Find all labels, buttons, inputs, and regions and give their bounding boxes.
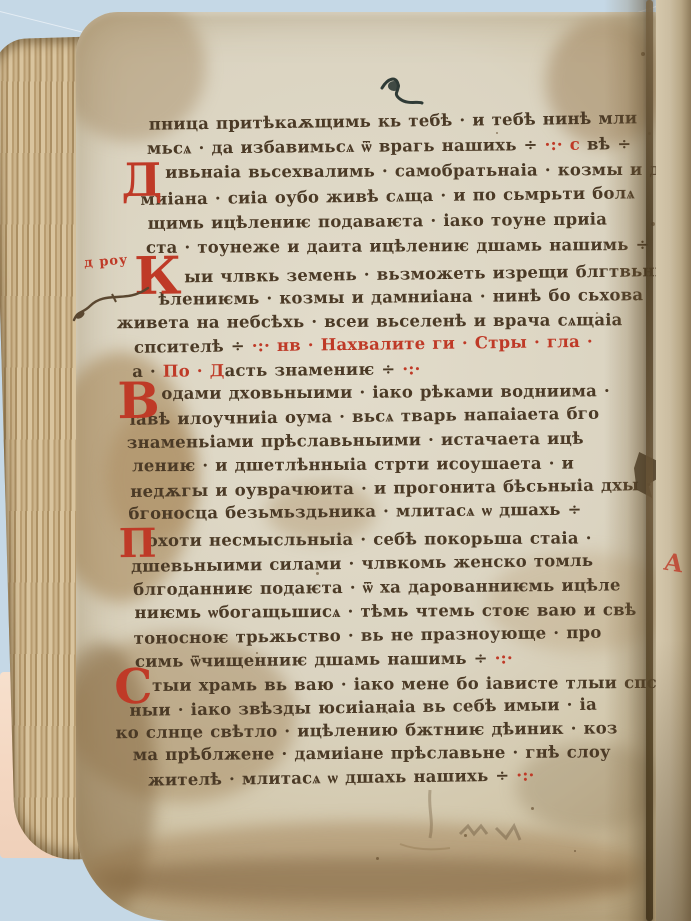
facing-page-rubric: А bbox=[662, 547, 686, 579]
manuscript-line: миіана · сиіа оубо живѣ сѧща · и по сьмр… bbox=[140, 183, 635, 209]
manuscript-line: пница притѣкаѫщимь кь тебѣ · и тебѣ нинѣ… bbox=[149, 108, 638, 133]
facing-page-sliver: А bbox=[656, 0, 691, 921]
pen-flourish bbox=[72, 282, 156, 328]
faint-scribble bbox=[400, 780, 560, 870]
manuscript-photo: д роу пница притѣкаѫщимь кь тебѣ · и теб… bbox=[0, 0, 691, 921]
manuscript-line: живета на небсѣхь · всеи вьселенѣ и врач… bbox=[117, 310, 623, 333]
margin-rubric: д роу bbox=[84, 253, 129, 271]
manuscript-line: ивьнаіа вьсехвалимь · самобратьнаіа · ко… bbox=[165, 160, 671, 182]
manuscript-line: дшевьныими силами · члвкомь женско томль bbox=[131, 551, 593, 576]
manuscript-line: ко слнце свѣтло · ицѣлению бжтниѥ дѣиник… bbox=[116, 718, 618, 742]
manuscript-line: мьсѧ · да избавимьсѧ ѿ врагь нашихь ÷ ·:… bbox=[147, 134, 632, 159]
illuminated-initial: Д bbox=[121, 160, 162, 202]
illuminated-initial: С bbox=[114, 666, 153, 710]
ink-blot bbox=[378, 76, 424, 110]
manuscript-line: блгоданниѥ подаѥта · ѿ ха дарованниѥмь и… bbox=[133, 575, 621, 600]
binding-crease bbox=[646, 0, 653, 921]
manuscript-line: лениѥ · и дшетлѣнныіа стрти исоушаета · … bbox=[132, 454, 574, 476]
manuscript-line: ыи члвкь земень · вьзможеть изрещи блгтв… bbox=[184, 261, 680, 286]
illuminated-initial: В bbox=[117, 378, 160, 423]
manuscript-line: іавѣ илоучниіа оума · вьсѧ тварь напаіае… bbox=[129, 404, 599, 430]
manuscript-line: симь ѿчищенниѥ дшамь нашимь ÷ ·:· bbox=[135, 648, 513, 672]
manuscript-line: тоносноѥ трьжьство · вь не празноующе · … bbox=[134, 623, 602, 648]
manuscript-line: недѫгы и оуврачюита · и прогонита бѣсьны… bbox=[130, 475, 652, 501]
manuscript-line: охоти несмысльныіа · себѣ покорьша стаіа… bbox=[147, 528, 592, 550]
manuscript-line: ныи · іако звѣзды юсиіанаіа вь себѣ имыи… bbox=[129, 695, 597, 720]
manuscript-line: ста · тоунеже и даита ицѣлениѥ дшамь наш… bbox=[146, 235, 650, 257]
manuscript-line: щимь ицѣлениѥ подаваѥта · іако тоуне при… bbox=[148, 209, 608, 232]
manuscript-line: спсителѣ ÷ ·:· нв · Нахвалите ги · Стры … bbox=[134, 332, 593, 357]
illuminated-initial: П bbox=[119, 526, 157, 562]
manuscript-line: тыи храмь вь ваю · іако мене бо іависте … bbox=[152, 673, 668, 695]
facing-page-shade bbox=[656, 640, 691, 921]
manuscript-line: ѣлениѥмь · козмы и дамниіана · нинѣ бо с… bbox=[158, 285, 643, 309]
manuscript-line: ниѥмь ѡбогащьшисѧ · тѣмь чтемь стоѥ ваю … bbox=[134, 600, 636, 623]
manuscript-line: а · По · Дасть знамениѥ ÷ ·:· bbox=[132, 359, 421, 381]
manuscript-line: одами дховьныими · іако рѣками водниима … bbox=[161, 381, 610, 403]
manuscript-line: знаменьіами прѣславьныими · истачаета иц… bbox=[127, 429, 584, 452]
manuscript-line: бгоносца безьмьздьника · млитасѧ ѡ дшахь… bbox=[128, 500, 581, 524]
manuscript-line: ма прѣблжене · дамиіане прѣславьне · гнѣ… bbox=[133, 742, 611, 764]
text-block: д роу пница притѣкаѫщимь кь тебѣ · и теб… bbox=[0, 0, 691, 921]
